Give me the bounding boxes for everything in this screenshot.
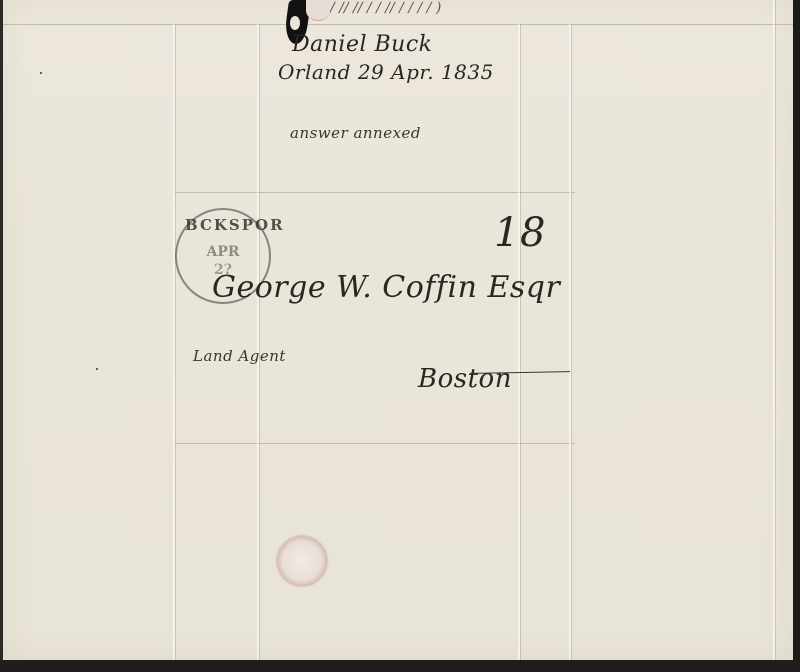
fold-line-upper — [175, 192, 575, 193]
letter-paper — [3, 0, 793, 660]
fold-line-left — [173, 24, 175, 660]
docket-note: answer annexed — [290, 124, 421, 142]
paper-speck — [96, 368, 98, 370]
scan-border-right — [793, 0, 800, 672]
sender-name: Daniel Buck — [292, 32, 433, 57]
fold-line-right — [569, 24, 571, 660]
top-edge-writing: ∕ ∕∕ ∕∕ ∕ ∕ ∕∕ ∕ ∕ ∕ ∕ ) — [330, 0, 750, 18]
fold-line-top — [3, 24, 793, 25]
fold-line-left-inner — [257, 24, 259, 660]
postmark-town: BCKSPOR — [185, 216, 265, 234]
recipient-city: Boston — [418, 364, 512, 394]
postage-rate: 18 — [494, 210, 546, 256]
postmark-month: APR — [177, 244, 269, 260]
recipient-title: Land Agent — [193, 347, 286, 365]
wax-seal — [277, 536, 327, 586]
fold-line-right-inner — [518, 24, 520, 660]
ink-blot-highlight — [290, 16, 300, 30]
paper-speck — [40, 72, 42, 74]
seal-fragment-top — [306, 0, 330, 21]
recipient-name: George W. Coffin Esqr — [212, 270, 560, 305]
fold-line-lower — [175, 443, 575, 444]
scan-border-bottom — [0, 660, 800, 672]
sender-place-date: Orland 29 Apr. 1835 — [278, 60, 494, 84]
fold-line-edge — [773, 0, 775, 660]
